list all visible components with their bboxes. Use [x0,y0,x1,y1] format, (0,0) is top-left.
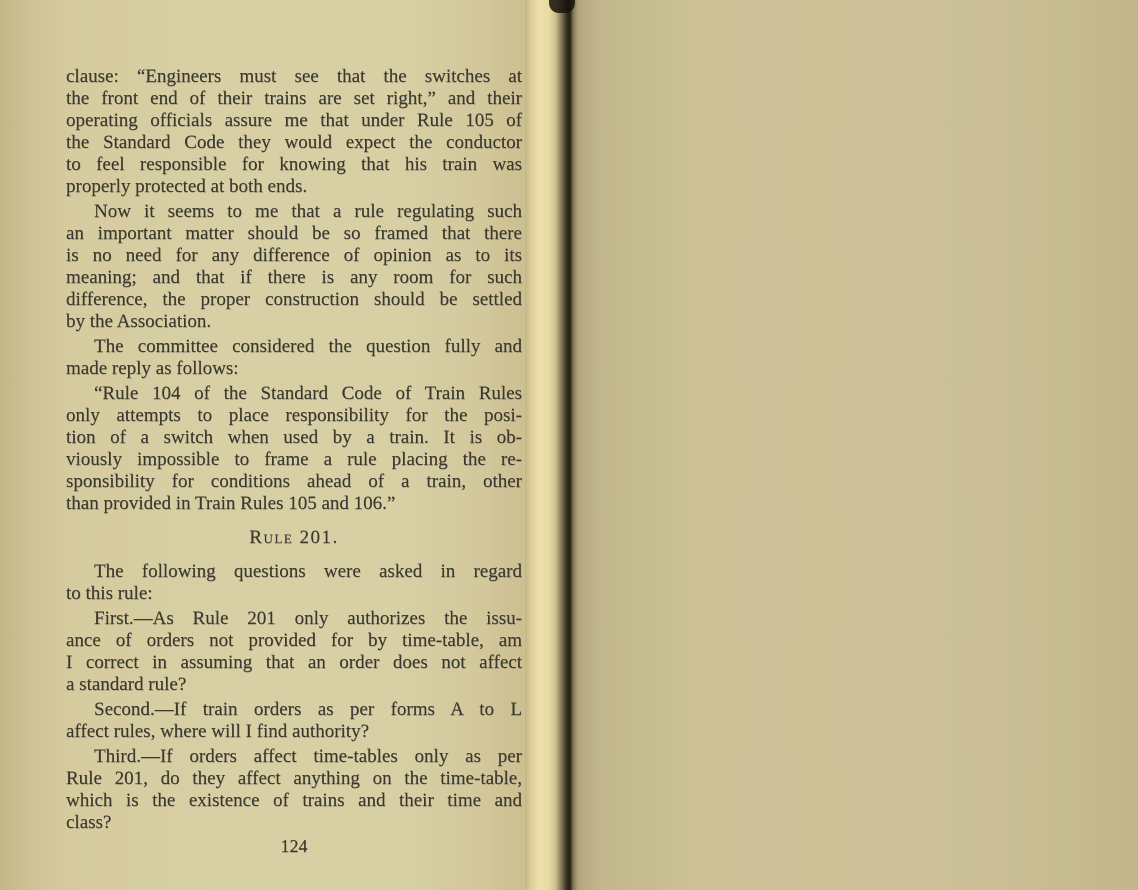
text-line: than provided in Train Rules 105 and 106… [66,493,522,515]
text-line: meaning; and that if there is any room f… [66,267,522,289]
text-line: Rule 201, do they affect anything on the… [66,768,522,790]
text-line: affect rules, where will I find authorit… [66,721,522,743]
text-line: Now it seems to me that a rule regulatin… [66,201,522,223]
text-line: made reply as follows: [66,358,522,380]
text-line: the Standard Code they would expect the … [66,132,522,154]
paragraph: Second.—If train orders as per forms A t… [66,699,522,743]
book-gutter [525,0,580,890]
text-line: operating officials assure me that under… [66,110,522,132]
text-line: sponsibility for conditions ahead of a t… [66,471,522,493]
text-line: to feel responsible for knowing that his… [66,154,522,176]
text-line: class? [66,812,522,834]
spine-shadow [549,0,575,13]
text-line: an important matter should be so framed … [66,223,522,245]
paragraph: Now it seems to me that a rule regulatin… [66,201,522,333]
text-line: I correct in assuming that an order does… [66,652,522,674]
text-line: The committee considered the question fu… [66,336,522,358]
text-line: by the Association. [66,311,522,333]
text-line: is no need for any difference of opinion… [66,245,522,267]
paragraph: clause: “Engineers must see that the swi… [66,66,522,198]
left-page-text: clause: “Engineers must see that the swi… [66,66,522,837]
text-line: Second.—If train orders as per forms A t… [66,699,522,721]
text-line: which is the existence of trains and the… [66,790,522,812]
text-line: First.—As Rule 201 only authorizes the i… [66,608,522,630]
text-line: difference, the proper construction shou… [66,289,522,311]
page-right: A. The committee stated that Rule 201 au… [580,0,1138,890]
text-line: to this rule: [66,583,522,605]
text-line: only attempts to place responsibility fo… [66,405,522,427]
book-spread: clause: “Engineers must see that the swi… [0,0,1138,890]
paragraph: “Rule 104 of the Standard Code of Train … [66,383,522,515]
left-page-number: 124 [66,836,522,857]
text-line: clause: “Engineers must see that the swi… [66,66,522,88]
paragraph: First.—As Rule 201 only authorizes the i… [66,608,522,696]
paragraph: Third.—If orders affect time-tables only… [66,746,522,834]
text-line: “Rule 104 of the Standard Code of Train … [66,383,522,405]
page-left: clause: “Engineers must see that the swi… [0,0,525,890]
text-line: The following questions were asked in re… [66,561,522,583]
text-line: a standard rule? [66,674,522,696]
text-line: viously impossible to frame a rule placi… [66,449,522,471]
paragraph: The following questions were asked in re… [66,561,522,605]
text-line: properly protected at both ends. [66,176,522,198]
rule-heading: Rule 201. [66,527,522,549]
text-line: Third.—If orders affect time-tables only… [66,746,522,768]
text-line: tion of a switch when used by a train. I… [66,427,522,449]
text-line: the front end of their trains are set ri… [66,88,522,110]
paragraph: The committee considered the question fu… [66,336,522,380]
text-line: ance of orders not provided for by time-… [66,630,522,652]
